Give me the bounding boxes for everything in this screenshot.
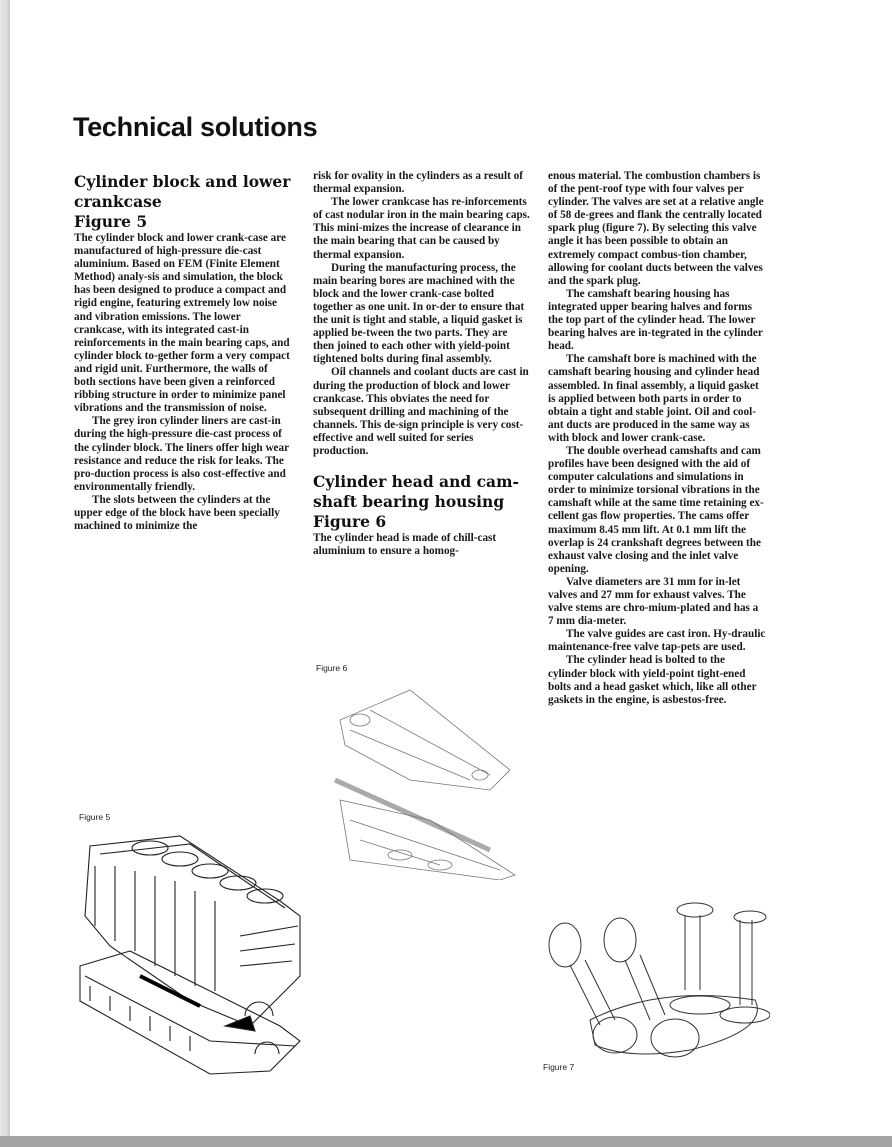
paragraph: The double overhead camshafts and cam pr…: [548, 445, 766, 576]
paragraph: Valve diameters are 31 mm for in-let val…: [548, 576, 766, 628]
section-heading-cylinder-block: Cylinder block and lower crankcase Figur…: [74, 172, 292, 232]
paragraph: The cylinder head is bolted to the cylin…: [548, 654, 766, 706]
paragraph: The cylinder head is made of chill-cast …: [313, 532, 531, 558]
figure-7-label: Figure 7: [543, 1062, 574, 1072]
paragraph: enous material. The combustion chambers …: [548, 170, 766, 288]
paragraph: The cylinder block and lower crank-case …: [74, 232, 292, 415]
heading-line: Cylinder head and cam-: [313, 472, 519, 491]
viewer-bottom-bar: [0, 1136, 892, 1147]
figure-6-cylinder-head-illustration: [320, 680, 520, 880]
paragraph: The slots between the cylinders at the u…: [74, 494, 292, 533]
heading-line: shaft bearing housing: [313, 492, 504, 511]
heading-line: Cylinder block and lower: [74, 172, 290, 191]
page-title: Technical solutions: [73, 112, 317, 143]
figure-6-label: Figure 6: [316, 663, 347, 673]
paragraph: The grey iron cylinder liners are cast-i…: [74, 415, 292, 494]
figure-7-valves-illustration: [540, 895, 770, 1060]
figure-5-label: Figure 5: [79, 812, 110, 822]
text-column-1: Cylinder block and lower crankcase Figur…: [74, 170, 292, 533]
paragraph: The camshaft bearing housing has integra…: [548, 288, 766, 353]
viewer-left-edge: [0, 0, 10, 1136]
heading-line: crankcase: [74, 192, 162, 211]
paragraph: The valve guides are cast iron. Hy-draul…: [548, 628, 766, 654]
paragraph: risk for ovality in the cylinders as a r…: [313, 170, 531, 196]
paragraph: During the manufacturing process, the ma…: [313, 262, 531, 367]
text-column-3: enous material. The combustion chambers …: [548, 170, 766, 707]
figure-5-engine-block-illustration: [70, 826, 310, 1076]
figure-reference: Figure 5: [74, 212, 147, 231]
text-column-2: risk for ovality in the cylinders as a r…: [313, 170, 531, 558]
paragraph: Oil channels and coolant ducts are cast …: [313, 366, 531, 458]
paragraph: The camshaft bore is machined with the c…: [548, 353, 766, 445]
section-heading-cylinder-head: Cylinder head and cam- shaft bearing hou…: [313, 472, 531, 532]
paragraph: The lower crankcase has re-inforcements …: [313, 196, 531, 261]
figure-reference: Figure 6: [313, 512, 386, 531]
